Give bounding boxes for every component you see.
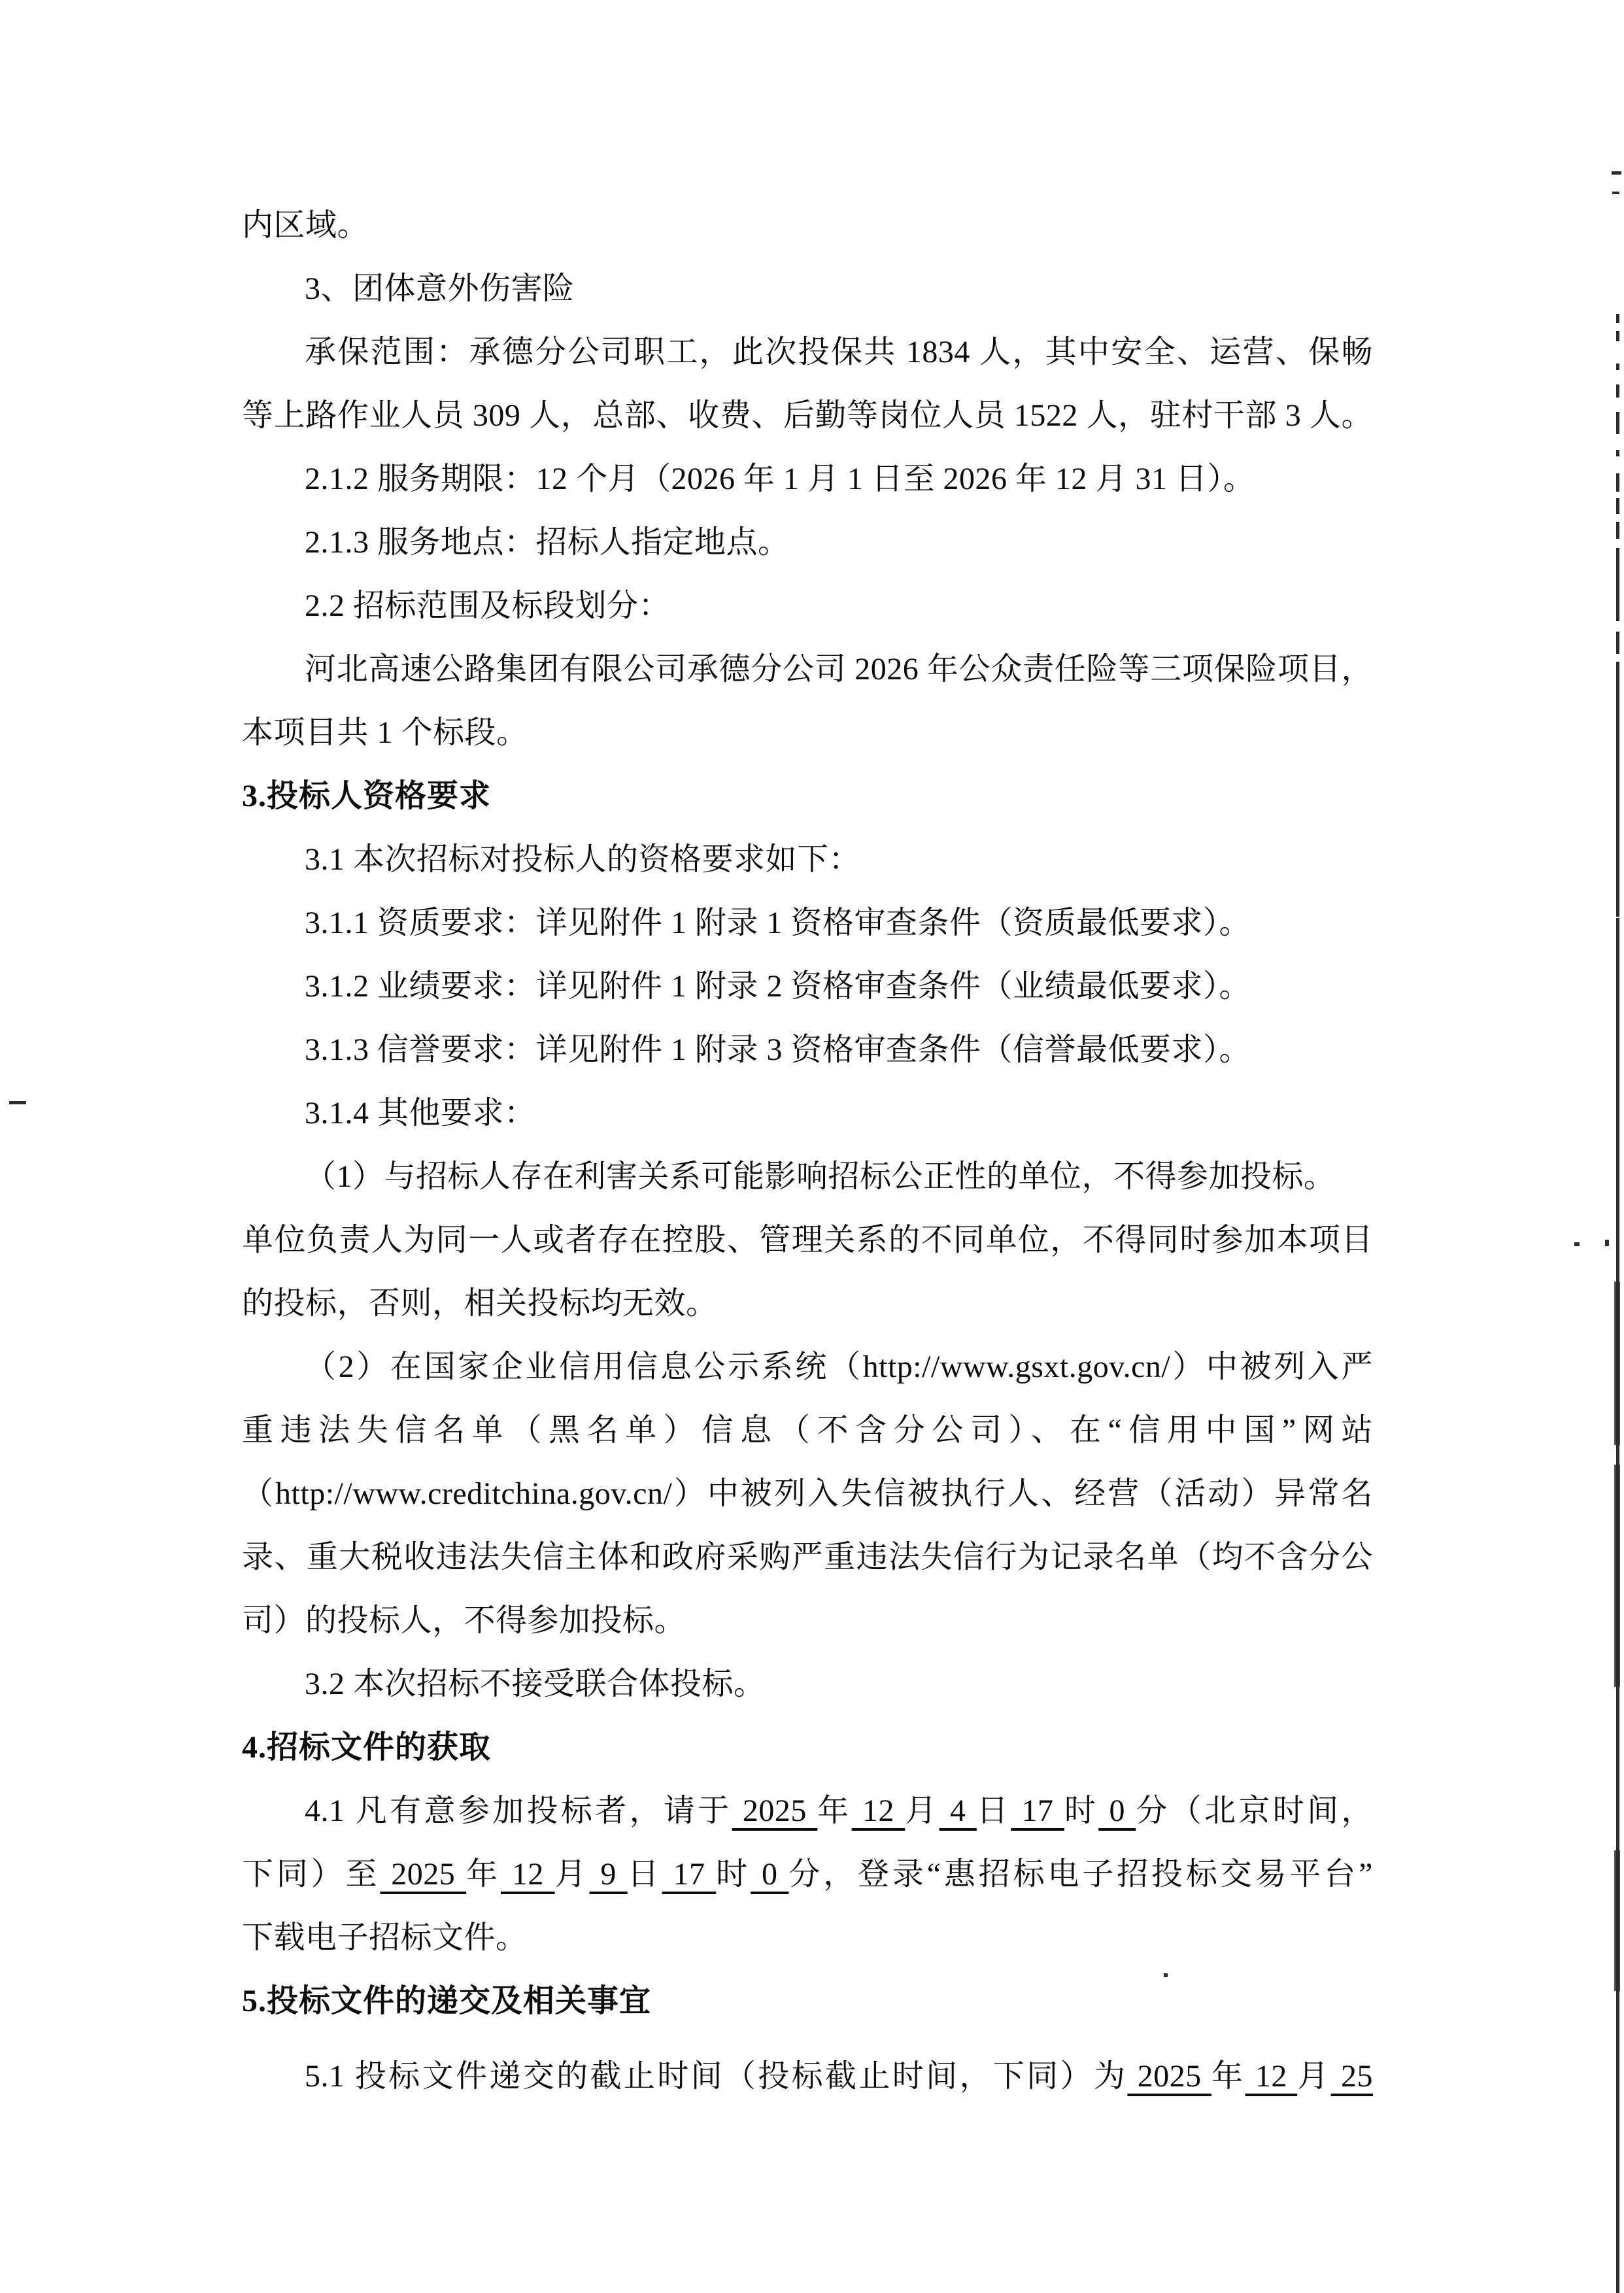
para-4-1b-text-3: 日 xyxy=(628,1857,662,1892)
para-3-1-qualification-intro: 3.1 本次招标对投标人的资格要求如下： xyxy=(242,828,1373,891)
para-4-1-text-3: 日 xyxy=(977,1793,1011,1828)
para-project-name-cont: 本项目共 1 个标段。 xyxy=(242,701,1373,764)
para-3-1-4-item-1-cont-1: 单位负责人为同一人或者存在控股、管理关系的不同单位，不得同时参加本项目 xyxy=(242,1208,1373,1272)
para-4-1-year-blank: 2025 xyxy=(732,1793,818,1828)
para-3-1-4-item-2-cont-2: （http://www.creditchina.gov.cn/）中被列入失信被执… xyxy=(242,1462,1373,1525)
para-4-1-month-blank: 12 xyxy=(852,1793,905,1828)
para-4-1b-text-4: 时 xyxy=(716,1857,751,1892)
para-project-name: 河北高速公路集团有限公司承德分公司 2026 年公众责任险等三项保险项目， xyxy=(242,637,1373,701)
para-3-1-4-item-2: （2）在国家企业信用信息公示系统（http://www.gsxt.gov.cn/… xyxy=(242,1335,1373,1399)
line-continuation-top: 内区域。 xyxy=(242,194,1373,257)
para-3-1-2-performance: 3.1.2 业绩要求：详见附件 1 附录 2 资格审查条件（业绩最低要求）。 xyxy=(242,955,1373,1018)
scan-artifact-line xyxy=(1616,632,1619,654)
para-4-1-download: 下载电子招标文件。 xyxy=(242,1906,1373,1969)
scan-artifact-line xyxy=(1616,412,1619,434)
para-4-1-text-0: 4.1 凡有意参加投标者，请于 xyxy=(305,1793,732,1828)
scan-artifact-line xyxy=(1616,384,1619,398)
scan-artifact-line xyxy=(1616,662,1619,917)
para-coverage-scope: 承保范围：承德分公司职工，此次投保共 1834 人，其中安全、运营、保畅 xyxy=(242,320,1373,384)
para-4-1-text-4: 时 xyxy=(1064,1793,1098,1828)
para-4-1-minute-blank: 0 xyxy=(1098,1793,1136,1828)
document-body: 内区域。 3、团体意外伤害险 承保范围：承德分公司职工，此次投保共 1834 人… xyxy=(242,194,1373,2108)
para-4-1-hour-blank: 17 xyxy=(1011,1793,1064,1828)
para-3-1-1-qualification: 3.1.1 资质要求：详见附件 1 附录 1 资格审查条件（资质最低要求）。 xyxy=(242,891,1373,955)
para-3-1-3-reputation: 3.1.3 信誉要求：详见附件 1 附录 3 资格审查条件（信誉最低要求）。 xyxy=(242,1018,1373,1081)
scan-speck xyxy=(1605,1240,1609,1246)
para-4-1b-minute-blank: 0 xyxy=(751,1857,788,1892)
scan-speck xyxy=(1612,192,1619,194)
scan-speck xyxy=(1164,1973,1168,1977)
scan-artifact-line xyxy=(1616,331,1619,341)
para-5-1-text-2: 月 xyxy=(1297,2059,1330,2094)
para-4-1-text-1: 年 xyxy=(817,1793,851,1828)
para-3-1-4-item-2-cont-1: 重违法失信名单（黑名单）信息（不含分公司）、在“信用中国”网站 xyxy=(242,1399,1373,1462)
para-3-1-4-other: 3.1.4 其他要求： xyxy=(242,1081,1373,1145)
para-3-1-4-item-2-cont-4: 司）的投标人，不得参加投标。 xyxy=(242,1589,1373,1652)
heading-5-bid-submission: 5.投标文件的递交及相关事宜 xyxy=(242,1969,1373,2033)
para-5-1-day-blank: 25 xyxy=(1331,2059,1373,2094)
para-2-1-2-service-period: 2.1.2 服务期限：12 个月（2026 年 1 月 1 日至 2026 年 … xyxy=(242,447,1373,511)
para-4-1b-text-2: 月 xyxy=(555,1857,590,1892)
scan-artifact-line xyxy=(1616,364,1619,370)
para-5-1-deadline: 5.1 投标文件递交的截止时间（投标截止时间，下同）为 2025 年 12 月 … xyxy=(242,2045,1373,2108)
scan-artifact-line xyxy=(1616,498,1619,514)
para-4-1b-hour-blank: 17 xyxy=(662,1857,717,1892)
para-3-1-4-item-2-cont-3: 录、重大税收违法失信主体和政府采购严重违法失信行为记录名单（均不含分公 xyxy=(242,1525,1373,1589)
para-4-1b-day-blank: 9 xyxy=(590,1857,628,1892)
heading-4-obtain-documents: 4.招标文件的获取 xyxy=(242,1716,1373,1779)
para-4-1b-text-0: 下同）至 xyxy=(242,1857,380,1892)
para-4-1b-text-1: 年 xyxy=(466,1857,501,1892)
para-5-1-text-0: 5.1 投标文件递交的截止时间（投标截止时间，下同）为 xyxy=(305,2059,1127,2094)
para-4-1b-text-5: 分，登录“惠招标电子招投标交易平台” xyxy=(788,1857,1373,1892)
para-4-1b-month-blank: 12 xyxy=(501,1857,555,1892)
para-3-1-4-item-1: （1）与招标人存在利害关系可能影响招标公正性的单位，不得参加投标。 xyxy=(242,1145,1373,1208)
scan-artifact-line-thick xyxy=(1614,1282,1620,1445)
para-3-1-4-item-1-cont-2: 的投标，否则，相关投标均无效。 xyxy=(242,1272,1373,1335)
scan-artifact-line xyxy=(1616,450,1619,456)
scan-artifact-line-thick xyxy=(1614,1465,1620,1687)
para-4-1-obtain-time: 4.1 凡有意参加投标者，请于 2025 年 12 月 4 日 17 时 0 分… xyxy=(242,1779,1373,1843)
scan-artifact-line xyxy=(1616,473,1619,492)
para-coverage-scope-cont: 等上路作业人员 309 人，总部、收费、后勤等岗位人员 1522 人，驻村干部 … xyxy=(242,384,1373,447)
para-4-1-text-5: 分（北京时间， xyxy=(1136,1793,1373,1828)
scan-speck xyxy=(9,1101,26,1104)
para-5-1-year-blank: 2025 xyxy=(1127,2059,1211,2094)
para-4-1-text-2: 月 xyxy=(905,1793,939,1828)
para-4-1b-year-blank: 2025 xyxy=(380,1857,466,1892)
para-2-1-3-service-location: 2.1.3 服务地点：招标人指定地点。 xyxy=(242,511,1373,574)
para-4-1-day-blank: 4 xyxy=(939,1793,977,1828)
para-2-2-bid-scope: 2.2 招标范围及标段划分： xyxy=(242,574,1373,637)
document-page: 内区域。 3、团体意外伤害险 承保范围：承德分公司职工，此次投保共 1834 人… xyxy=(0,0,1624,2293)
scan-speck xyxy=(1612,171,1621,175)
heading-3-bidder-qualification: 3.投标人资格要求 xyxy=(242,764,1373,828)
scan-artifact-line-thick xyxy=(1614,1850,1620,1991)
para-3-2-no-consortium: 3.2 本次招标不接受联合体投标。 xyxy=(242,1652,1373,1716)
scan-artifact-line xyxy=(1616,548,1619,621)
scan-speck xyxy=(1574,1242,1580,1246)
item-3-group-accident-insurance: 3、团体意外伤害险 xyxy=(242,257,1373,320)
para-4-1-obtain-time-cont: 下同）至 2025 年 12 月 9 日 17 时 0 分，登录“惠招标电子招投… xyxy=(242,1843,1373,1906)
scan-artifact-line xyxy=(1616,522,1619,539)
scan-artifact-line xyxy=(1616,314,1619,323)
para-5-1-text-1: 年 xyxy=(1211,2059,1245,2094)
para-5-1-month-blank: 12 xyxy=(1245,2059,1298,2094)
